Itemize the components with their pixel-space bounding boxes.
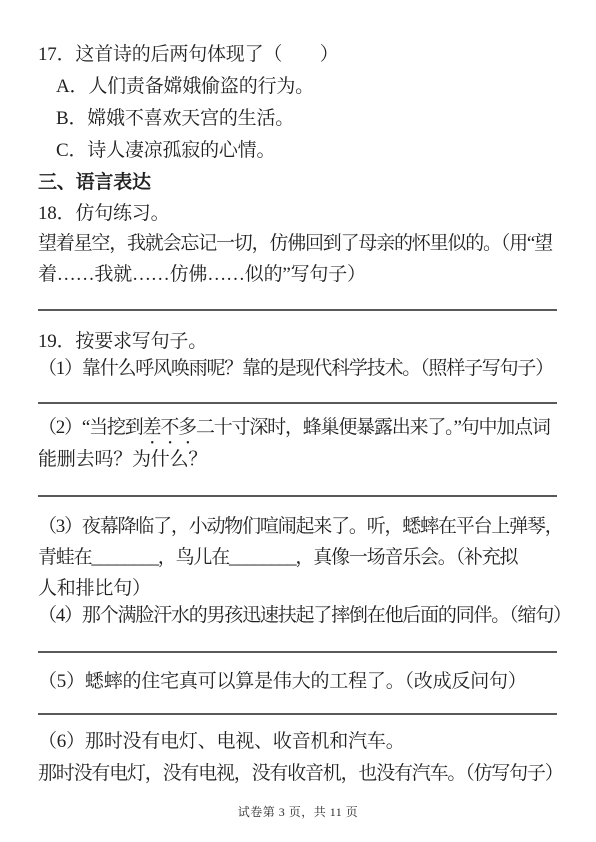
q19-sub3-line-1: （3）夜幕降临了，小动物们喧闹起来了。听，蟋蟀在平台上弹琴， [38, 516, 563, 537]
q19-sub2-line-2: 能删去吗？为什么？ [38, 449, 207, 470]
q18-line-2: 着……我就……仿佛……似的”写句子） [38, 264, 366, 285]
q19-sub3-line-3: 人和排比句） [38, 578, 151, 599]
answer-line [38, 495, 557, 497]
q18-stem: 18．仿句练习。 [38, 203, 169, 224]
q17-stem: 17．这首诗的后两句体现了（ ） [38, 44, 339, 65]
answer-line [38, 309, 557, 311]
q19-sub6-line-1: （6）那时没有电灯、电视、收音机和汽车。 [38, 731, 405, 752]
q19-sub1: （1）靠什么呼风唤雨呢？靠的是现代科学技术。（照样子写句子） [38, 358, 553, 379]
q19-stem: 19．按要求写句子。 [38, 331, 207, 352]
q19-sub2-post: 二十寸深时，蜂巢便暴露出来了。”句中加点词 [196, 417, 550, 438]
answer-line [38, 651, 557, 653]
q17-option-b: B．嫦娥不喜欢天宫的生活。 [56, 108, 294, 129]
q17-option-a: A．人们责备嫦娥偷盗的行为。 [56, 76, 314, 97]
q18-line-1: 望着星空，我就会忘记一切，仿佛回到了母亲的怀里似的。（用“望 [38, 233, 552, 254]
answer-line [38, 402, 557, 404]
exam-paper-page: 17．这首诗的后两句体现了（ ） A．人们责备嫦娥偷盗的行为。 B．嫦娥不喜欢天… [0, 0, 596, 842]
q19-sub5: （5）蟋蟀的住宅真可以算是伟大的工程了。（改成反问句） [38, 671, 527, 692]
section-heading: 三、语言表达 [38, 172, 151, 193]
page-footer: 试卷第 3 页，共 11 页 [0, 803, 596, 820]
q19-sub2-line-1: （2）“当挖到差不多二十寸深时，蜂巢便暴露出来了。”句中加点词 [38, 417, 550, 449]
q17-option-c: C．诗人凄凉孤寂的心情。 [56, 140, 275, 161]
answer-line [38, 713, 557, 715]
q19-sub6-line-2: 那时没有电灯，没有电视，没有收音机，也没有汽车。（仿写句子） [38, 763, 563, 784]
q19-sub4: （4）那个满脸汗水的男孩迅速扶起了摔倒在他后面的同伴。（缩句） [38, 605, 571, 626]
q19-sub2-emphasized-word: 差不多 [143, 417, 196, 438]
q19-sub2-pre: （2）“当挖到 [38, 417, 143, 438]
q19-sub3-line-2: 青蛙在________，鸟儿在________，真像一场音乐会。（补充拟 [38, 547, 517, 568]
